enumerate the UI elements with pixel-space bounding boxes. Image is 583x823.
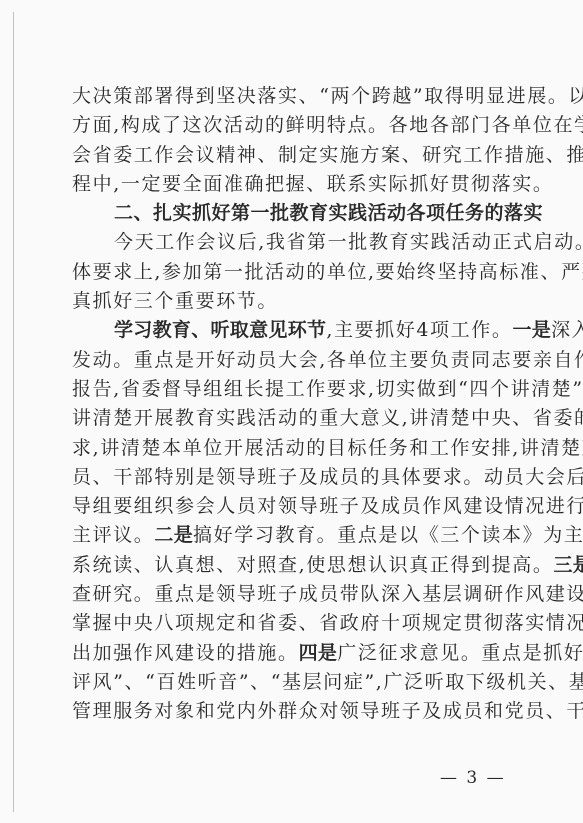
text-line: 发动。重点是开好动员大会,各单位主要负责同志要亲自作动员 bbox=[72, 346, 516, 375]
bold-phrase: 一是 bbox=[512, 319, 551, 341]
text-line: 求,讲清楚本单位开展活动的目标任务和工作安排,讲清楚对党 bbox=[72, 434, 516, 463]
text-line: 大决策部署得到坚决落实、“两个跨越”取得明显进展。以上几个 bbox=[72, 82, 516, 111]
text-line: 查研究。重点是领导班子成员带队深入基层调研作风建设,了解 bbox=[72, 580, 516, 609]
text-line: 评风”、“百姓听音”、“基层问症”,广泛听取下级机关、基层单位、 bbox=[72, 668, 516, 697]
bold-phrase: 学习教育、听取意见环节 bbox=[114, 319, 326, 341]
text-line: 方面,构成了这次活动的鲜明特点。各地各部门各单位在学习领 bbox=[72, 111, 516, 140]
text-line: 程中,一定要全面准确把握、联系实际抓好贯彻落实。 bbox=[72, 170, 516, 199]
text-line: 员、干部特别是领导班子及成员的具体要求。动员大会后,省委督 bbox=[72, 463, 516, 492]
text-line: 主评议。二是搞好学习教育。重点是以《三个读本》为主要教材, bbox=[72, 521, 516, 550]
bold-phrase: 三是 bbox=[553, 554, 583, 576]
document-body: 大决策部署得到坚决落实、“两个跨越”取得明显进展。以上几个 方面,构成了这次活动… bbox=[72, 82, 516, 727]
text-line: 真抓好三个重要环节。 bbox=[72, 287, 516, 316]
text-line: 系统读、认真想、对照查,使思想认识真正得到提高。三是开展调 bbox=[72, 551, 516, 580]
document-page: 大决策部署得到坚决落实、“两个跨越”取得明显进展。以上几个 方面,构成了这次活动… bbox=[0, 0, 583, 823]
section-heading: 二、扎实抓好第一批教育实践活动各项任务的落实 bbox=[72, 199, 516, 228]
page-number: — 3 — bbox=[440, 768, 506, 788]
bold-phrase: 二是 bbox=[154, 524, 193, 546]
text-line: 出加强作风建设的措施。四是广泛征求意见。重点是抓好“开门 bbox=[72, 639, 516, 668]
text-line: 会省委工作会议精神、制定实施方案、研究工作措施、推进活动过 bbox=[72, 141, 516, 170]
scan-edge bbox=[13, 12, 14, 812]
text-line: 讲清楚开展教育实践活动的重大意义,讲清楚中央、省委的总体要 bbox=[72, 404, 516, 433]
text-line: 掌握中央八项规定和省委、省政府十项规定贯彻落实情况,研究提 bbox=[72, 609, 516, 638]
text-line: 导组要组织参会人员对领导班子及成员作风建设情况进行现场民 bbox=[72, 492, 516, 521]
text-line: 今天工作会议后,我省第一批教育实践活动正式启动。在总 bbox=[72, 228, 516, 257]
text-line: 管理服务对象和党内外群众对领导班子及成员和党员、干部作风 bbox=[72, 697, 516, 726]
text-line: 报告,省委督导组组长提工作要求,切实做到“四个讲清楚”,即: bbox=[72, 375, 516, 404]
text-line: 学习教育、听取意见环节,主要抓好4项工作。一是深入思想 bbox=[72, 316, 516, 345]
text-line: 体要求上,参加第一批活动的单位,要始终坚持高标准、严要求,认 bbox=[72, 258, 516, 287]
bold-phrase: 四是 bbox=[299, 642, 338, 664]
